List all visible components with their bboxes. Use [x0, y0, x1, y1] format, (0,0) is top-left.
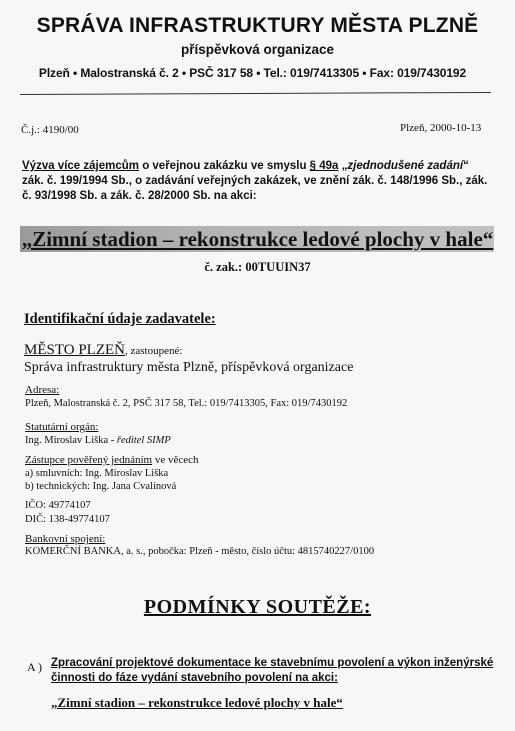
header-divider: [20, 92, 491, 95]
project-title: „Zimní stadion – rekonstrukce ledové plo…: [0, 226, 515, 252]
statutory-role: ředitel SIMP: [117, 435, 171, 446]
statutory-name: Ing. Miroslav Liška -: [25, 435, 117, 446]
organization-type: příspěvková organizace: [0, 42, 515, 57]
section-a-project-title: „Zimní stadion – rekonstrukce ledové plo…: [51, 695, 343, 711]
invitation-paragraph: Výzva více zájemcům o veřejnou zakázku v…: [22, 159, 492, 204]
company-id: IČO: 49774107: [25, 500, 91, 511]
representative-contractual: a) smluvních: Ing. Miroslav Liška: [25, 468, 168, 479]
representative-label: Zástupce pověřený jednáním: [25, 454, 152, 466]
representative-technical: b) technických: Ing. Jana Cvalínová: [25, 481, 176, 492]
represented-by: Správa infrastruktury města Plzně, přísp…: [24, 360, 353, 376]
invitation-text: o veřejnou zakázku ve smyslu: [139, 160, 310, 172]
invitation-lead: Výzva více zájemcům: [22, 160, 139, 172]
reference-number: Č.j.: 4190/00: [21, 124, 79, 136]
section-a-text: Zpracování projektové dokumentace ke sta…: [51, 656, 501, 686]
address-label: Adresa:: [25, 384, 59, 396]
address-value: Plzeň, Malostranská č. 2, PSČ 317 58, Te…: [25, 398, 347, 409]
statutory-body-value: Ing. Miroslav Liška - ředitel SIMP: [25, 435, 171, 446]
document-date: Plzeň, 2000-10-13: [400, 122, 481, 134]
bank-value: KOMERČNÍ BANKA, a. s., pobočka: Plzeň - …: [25, 546, 374, 557]
representative-heading: Zástupce pověřený jednáním ve věcech: [25, 454, 199, 466]
law-section: § 49a: [310, 160, 339, 172]
bank-label: Bankovní spojení:: [25, 533, 105, 545]
section-a-marker: A ): [27, 660, 42, 675]
tax-id: DIČ: 138-49774107: [25, 514, 110, 525]
statutory-body-label: Statutární orgán:: [25, 421, 98, 433]
letterhead-address: Plzeň • Malostranská č. 2 • PSČ 317 58 •…: [0, 66, 505, 80]
representative-suffix: ve věcech: [152, 454, 198, 466]
city-name: MĚSTO PLZEŇ: [24, 342, 125, 358]
identification-heading: Identifikační údaje zadavatele:: [24, 311, 216, 328]
procedure-type: zjednodušené zadání: [347, 160, 463, 172]
conditions-heading: PODMÍNKY SOUTĚŽE:: [0, 596, 515, 619]
contract-number: č. zak.: 00TUUIN37: [0, 260, 515, 275]
contracting-authority: MĚSTO PLZEŇ, zastoupené:: [24, 342, 182, 359]
city-suffix: , zastoupené:: [125, 345, 182, 357]
organization-name: SPRÁVA INFRASTRUKTURY MĚSTA PLZNĚ: [0, 14, 515, 38]
